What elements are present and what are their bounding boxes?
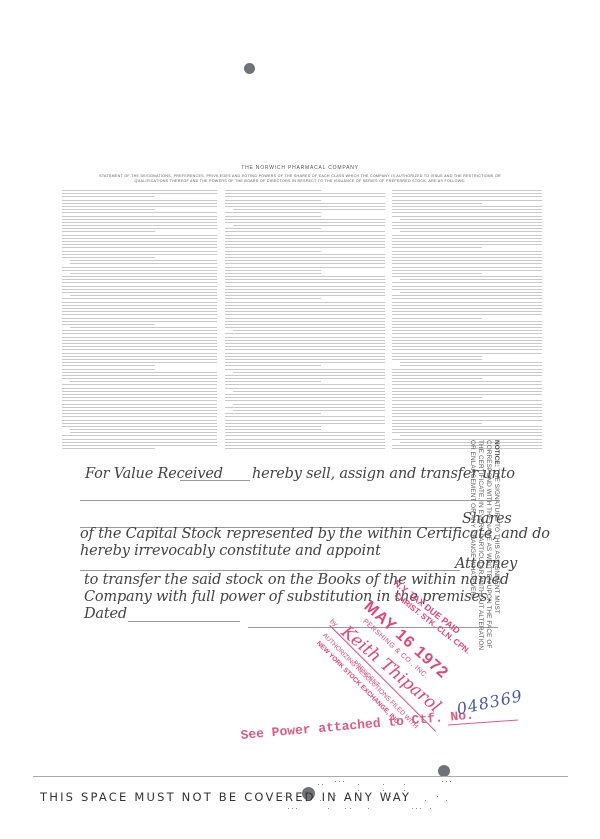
dated-label: Dated <box>84 606 127 622</box>
notice-label: NOTICE: <box>493 440 500 467</box>
terms-column-2 <box>225 190 385 458</box>
statement-heading: STATEMENT OF THE DESIGNATIONS, PREFERENC… <box>85 174 515 184</box>
assignor-blank[interactable] <box>180 480 250 481</box>
signature-notice: NOTICE: THE SIGNATURE TO THIS ASSIGNMENT… <box>460 440 500 660</box>
date-blank[interactable] <box>128 621 240 622</box>
power-attached-note: See Power attached to Ctf. No. <box>240 708 474 743</box>
do-not-cover-warning: THIS SPACE MUST NOT BE COVERED IN ANY WA… <box>40 790 540 804</box>
transfer-books-clause: to transfer the said stock on the Books … <box>84 572 509 588</box>
appoint-clause: hereby irrevocably constitute and appoin… <box>80 543 381 559</box>
punch-hole <box>244 63 255 74</box>
company-name: THE NORWICH PHARMACAL COMPANY <box>0 165 600 171</box>
attorney-blank[interactable] <box>80 570 460 571</box>
notice-text: THE SIGNATURE TO THIS ASSIGNMENT MUST CO… <box>469 440 500 650</box>
terms-column-3 <box>392 190 542 458</box>
certificate-number: 048369 <box>455 686 525 719</box>
assignee-blank[interactable] <box>80 500 500 501</box>
terms-column-1 <box>62 190 217 458</box>
footer-divider <box>33 776 568 777</box>
